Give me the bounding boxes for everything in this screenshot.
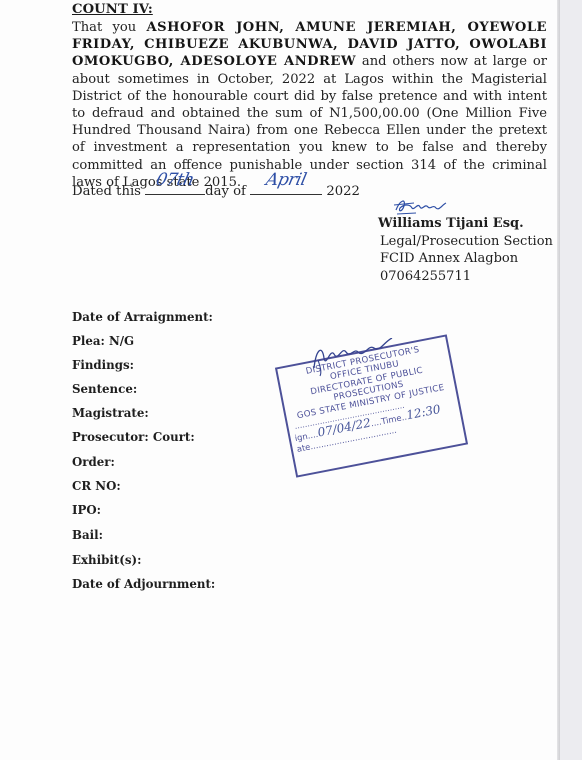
viewer-gutter [560,0,582,760]
dated-line: Dated this 07thday of April 2022 [72,180,360,199]
signer-office: FCID Annex Alagbon [378,250,553,268]
field-sentence: Sentence: [72,382,137,396]
field-magistrate: Magistrate: [72,406,149,420]
signer-name: Williams Tijani Esq. [378,215,553,233]
dated-prefix: Dated this [72,184,141,199]
count-title: COUNT IV: [72,2,153,17]
field-findings: Findings: [72,358,134,372]
field-bail: Bail: [72,528,103,542]
field-exhibits: Exhibit(s): [72,553,141,567]
field-cr-no: CR NO: [72,479,121,493]
prosecutor-stamp: DISTRICT PROSECUTOR'S OFFICE TINUBU DIRE… [275,334,468,477]
field-date-of-adjournment: Date of Adjournment: [72,577,215,591]
stamp-date-label: ate [296,441,311,453]
signer-block: Williams Tijani Esq. Legal/Prosecution S… [378,215,553,285]
field-prosecutor-court: Prosecutor: Court: [72,430,195,444]
dated-middle: day of [205,184,246,199]
field-order: Order: [72,455,115,469]
signer-section: Legal/Prosecution Section [378,233,553,251]
day-blank: 07th [145,180,205,195]
month-handwritten: April [248,170,324,190]
charge-intro: That you [72,20,146,35]
field-date-of-arraignment: Date of Arraignment: [72,310,213,324]
field-plea: Plea: N/G [72,334,134,348]
month-blank: April [250,180,322,195]
field-ipo: IPO: [72,503,101,517]
charge-paragraph: That you ASHOFOR JOHN, AMUNE JEREMIAH, O… [72,19,547,191]
document-page: COUNT IV: That you ASHOFOR JOHN, AMUNE J… [0,0,557,760]
dated-year: 2022 [326,184,360,199]
signer-phone: 07064255711 [378,268,553,286]
day-handwritten: 07th [143,170,207,190]
